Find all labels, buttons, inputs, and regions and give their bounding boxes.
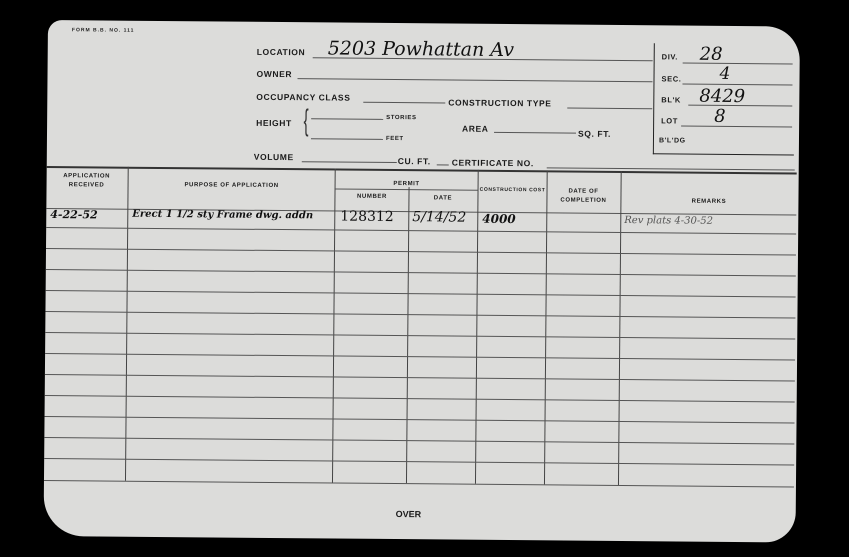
row-line	[46, 269, 796, 277]
over-label: OVER	[396, 509, 422, 519]
div-value: 28	[700, 44, 723, 65]
lot-label: LOT	[661, 116, 678, 125]
blk-value: 8429	[699, 86, 745, 107]
row-line	[45, 395, 795, 403]
form-number: FORM B.B. NO. 111	[72, 27, 135, 34]
construction-type-label: CONSTRUCTION TYPE	[448, 97, 551, 108]
volume-label: VOLUME	[254, 152, 294, 162]
row-line	[46, 290, 796, 298]
header-remarks: REMARKS	[621, 197, 796, 208]
feet-line	[311, 138, 383, 140]
header-purpose: PURPOSE OF APPLICATION	[129, 181, 335, 192]
row-line	[44, 480, 794, 488]
stories-label: STORIES	[386, 115, 416, 121]
certificate-label: CERTIFICATE NO.	[452, 158, 534, 169]
lot-value: 8	[714, 106, 726, 127]
row-line	[45, 416, 795, 424]
area-line	[494, 132, 576, 134]
row-line	[44, 458, 794, 466]
feet-label: FEET	[386, 136, 404, 142]
owner-label: OWNER	[256, 69, 292, 79]
cell-construction-cost: 4000	[482, 212, 516, 226]
row-line	[46, 227, 796, 235]
building-permit-card: FORM B.B. NO. 111 LOCATION 5203 Powhatta…	[43, 20, 799, 543]
height-brace: {	[304, 106, 309, 136]
volume-line	[302, 161, 397, 163]
sec-value: 4	[719, 64, 730, 84]
header-application-received: APPLICATION RECEIVED	[47, 172, 127, 191]
row-line	[45, 374, 795, 382]
lot-info-box: DIV. 28 SEC. 4 BL'K 8429 LOT 8 B'L'DG	[653, 43, 795, 155]
lot-line	[681, 126, 792, 128]
col-divider	[475, 170, 479, 484]
col-divider	[125, 167, 129, 481]
col-divider	[544, 170, 548, 484]
header-date-of-completion: DATE OF COMPLETION	[546, 187, 620, 206]
construction-type-line	[567, 108, 652, 110]
blk-label: BL'K	[661, 95, 681, 104]
row-line	[46, 248, 796, 256]
row-line	[44, 437, 794, 445]
cell-permit-number: 128312	[340, 209, 394, 225]
row-line	[45, 332, 795, 340]
cell-application-received: 4-22-52	[50, 208, 98, 221]
cell-permit-date: 5/14/52	[412, 209, 466, 225]
cuft-gap-line	[437, 164, 449, 165]
cell-purpose: Erect 1 1/2 sty Frame dwg. addn	[132, 209, 313, 222]
row-line	[45, 311, 795, 319]
div-label: DIV.	[662, 52, 678, 61]
header-construction-cost: CONSTRUCTION COST	[478, 186, 546, 196]
occupancy-line	[363, 102, 445, 104]
sec-label: SEC.	[661, 74, 681, 83]
permit-subheader-line	[336, 189, 478, 191]
header-permit-date: DATE	[408, 194, 477, 204]
location-label: LOCATION	[257, 47, 306, 57]
location-value: 5203 Powhattan Av	[328, 37, 514, 61]
stories-line	[311, 118, 383, 120]
cuft-label: CU. FT.	[398, 156, 431, 166]
col-divider	[332, 169, 336, 483]
cell-remarks: Rev plats 4-30-52	[624, 215, 713, 227]
area-label: AREA	[462, 124, 489, 134]
header-permit-number: NUMBER	[335, 193, 408, 203]
row-line	[45, 353, 795, 361]
occupancy-class-label: OCCUPANCY CLASS	[256, 92, 350, 103]
bldg-label: B'L'DG	[659, 137, 686, 144]
col-divider	[618, 171, 622, 485]
sqft-label: SQ. FT.	[578, 129, 611, 139]
height-label: HEIGHT	[256, 118, 292, 128]
owner-line	[297, 78, 652, 82]
